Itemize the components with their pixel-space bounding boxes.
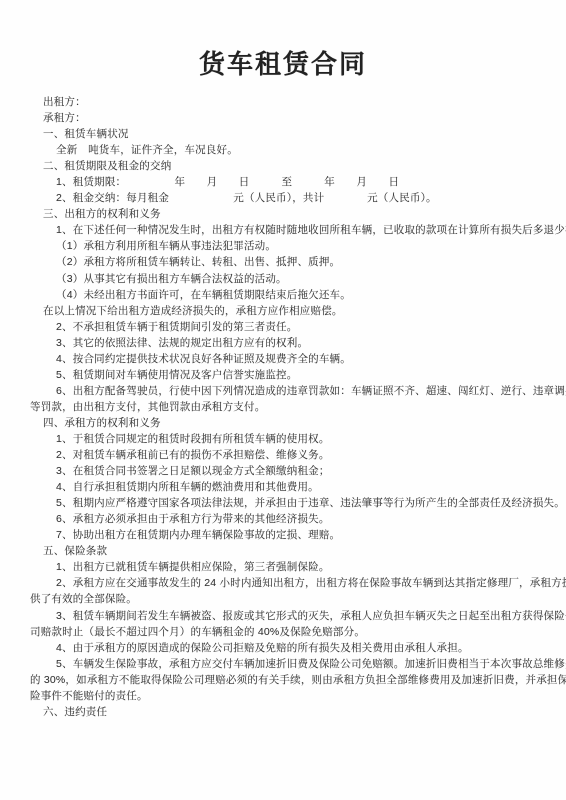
document-line: 承租方： (30, 110, 548, 126)
document-line: 6、承租方必须承担由于承租方行为带来的其他经济损失。 (30, 511, 548, 527)
document-line: 6、出租方配备驾驶员，行使中因下列情况造成的违章罚款如：车辆证照不齐、超速、闯红… (30, 383, 548, 399)
document-line: 司赔款时止（最长不超过四个月）的车辆租金的 40%及保险免赔部分。 (30, 624, 548, 640)
document-line: 四、承租方的权利和义务 (30, 415, 548, 431)
document-line: 在以上情况下给出租方造成经济损失的，承租方应作相应赔偿。 (30, 303, 548, 319)
document-line: 4、按合同约定提供技术状况良好各种证照及规费齐全的车辆。 (30, 351, 548, 367)
document-line: 5、租期内应严格遵守国家各项法律法规，并承担由于违章、违法肇事等行为所产生的全部… (30, 495, 548, 511)
document-line: （4）未经出租方书面许可，在车辆租赁期限结束后拖欠还车。 (30, 287, 548, 303)
document-line: 1、出租方已就租赁车辆提供相应保险，第三者强制保险。 (30, 559, 548, 575)
document-line: 2、对租赁车辆承租前已有的损伤不承担赔偿、维修义务。 (30, 447, 548, 463)
document-line: （2）承租方将所租赁车辆转让、转租、出售、抵押、质押。 (30, 254, 548, 270)
document-line: （3）从事其它有损出租方车辆合法权益的活动。 (30, 271, 548, 287)
document-line: 2、不承担租赁车辆于租赁期间引发的第三者责任。 (30, 319, 548, 335)
document-line: 的 30%，如承租方不能取得保险公司理赔必须的有关手续，则由承租方负担全部维修费… (30, 672, 548, 688)
document-line: 出租方： (30, 94, 548, 110)
document-line: 4、由于承租方的原因造成的保险公司拒赔及免赔的所有损失及相关费用由承租人承担。 (30, 640, 548, 656)
document-line: 三、出租方的权利和义务 (30, 206, 548, 222)
document-line: 2、承租方应在交通事故发生的 24 小时内通知出租方，出租方将在保险事故车辆到达… (30, 575, 548, 591)
document-line: 一、租赁车辆状况 (30, 126, 548, 142)
document-line: 1、在下述任何一种情况发生时，出租方有权随时随地收回所租车辆，已收取的款项在计算… (30, 222, 548, 238)
document-line: 供了有效的全部保险。 (30, 591, 548, 607)
document-line: 1、租赁期限： 年 月 日 至 年 月 日 (30, 174, 548, 190)
document-line: 全新 吨货车，证件齐全，车况良好。 (30, 142, 548, 158)
document-line: 二、租赁期限及租金的交纳 (30, 158, 548, 174)
document-line: 4、自行承担租赁期内所租车辆的燃油费用和其他费用。 (30, 479, 548, 495)
document-line: 5、租赁期间对车辆使用情况及客户信誉实施监控。 (30, 367, 548, 383)
contract-body: 出租方：承租方：一、租赁车辆状况全新 吨货车，证件齐全，车况良好。二、租赁期限及… (30, 94, 548, 720)
document-line: 等罚款，由出租方支付，其他罚款由承租方支付。 (30, 399, 548, 415)
document-line: 2、租金交纳：每月租金 元（人民币），共计 元（人民币）。 (30, 190, 548, 206)
document-line: 1、于租赁合同规定的租赁时段拥有所租赁车辆的使用权。 (30, 431, 548, 447)
document-line: （1）承租方利用所租车辆从事违法犯罪活动。 (30, 238, 548, 254)
document-line: 5、车辆发生保险事故，承租方应交付车辆加速折旧费及保险公司免赔额。加速折旧费相当… (30, 656, 548, 672)
document-line: 3、其它的依照法律、法规的规定出租方应有的权利。 (30, 335, 548, 351)
document-page: 货车租赁合同 出租方：承租方：一、租赁车辆状况全新 吨货车，证件齐全，车况良好。… (0, 0, 566, 800)
page-title: 货车租赁合同 (0, 44, 566, 81)
document-line: 六、违约责任 (30, 704, 548, 720)
document-line: 7、协助出租方在租赁期内办理车辆保险事故的定损、理赔。 (30, 527, 548, 543)
document-line: 险事件不能赔付的责任。 (30, 688, 548, 704)
document-line: 五、保险条款 (30, 543, 548, 559)
document-line: 3、在租赁合同书签署之日足额以现金方式全额缴纳租金； (30, 463, 548, 479)
document-line: 3、租赁车辆期间若发生车辆被盗、报废或其它形式的灭失，承租人应负担车辆灭失之日起… (30, 608, 548, 624)
